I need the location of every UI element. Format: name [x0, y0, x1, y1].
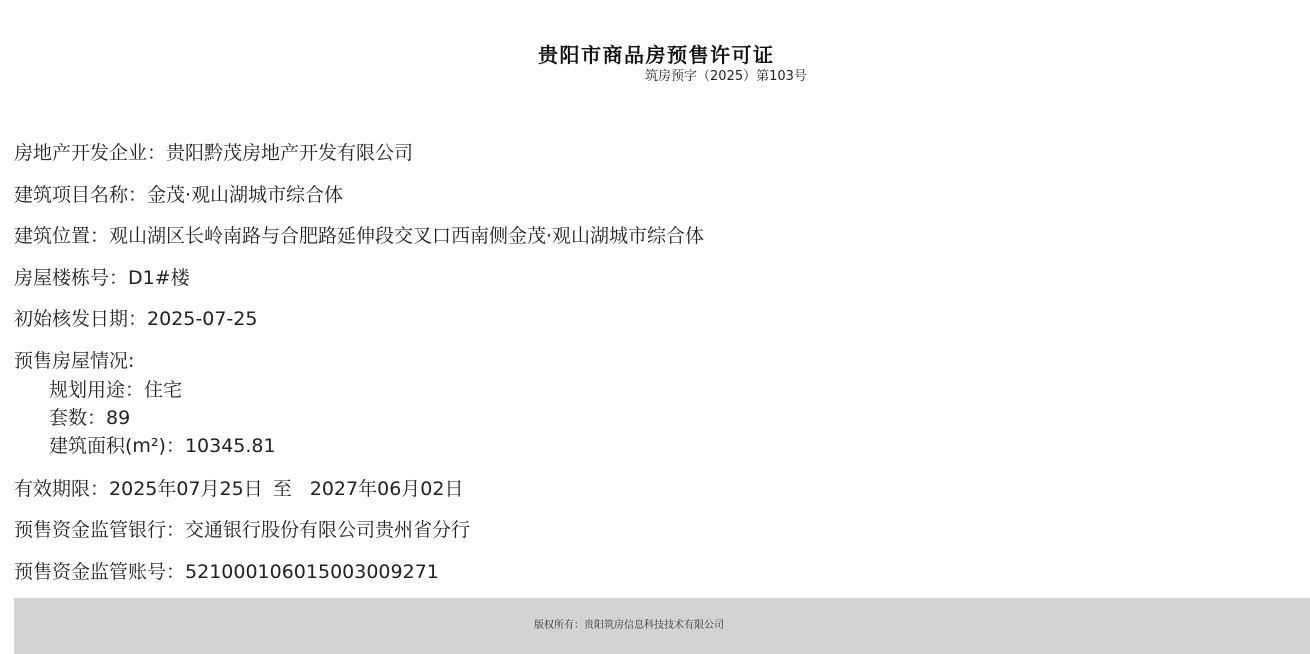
footer: 版权所有：贵阳筑房信息科技技术有限公司	[14, 598, 1310, 654]
field-building-no: 房屋楼栋号：D1#楼	[14, 263, 704, 293]
field-value: 10345.81	[185, 435, 276, 457]
certificate-details: 房地产开发企业：贵阳黔茂房地产开发有限公司 建筑项目名称：金茂·观山湖城市综合体…	[14, 138, 704, 598]
copyright-text: 版权所有：贵阳筑房信息科技技术有限公司	[534, 619, 724, 633]
field-area: 建筑面积(m²)：10345.81	[14, 432, 704, 460]
field-label: 预售资金监管账号：	[14, 561, 185, 583]
field-label: 房屋楼栋号：	[14, 267, 128, 289]
field-label: 有效期限：	[14, 478, 109, 500]
field-value: 2025-07-25	[147, 308, 257, 330]
field-label: 预售资金监管银行：	[14, 519, 185, 541]
field-account: 预售资金监管账号：521000106015003009271	[14, 557, 704, 587]
field-usage: 规划用途：住宅	[14, 376, 704, 404]
field-value: D1#楼	[128, 267, 190, 289]
field-label: 套数：	[49, 407, 106, 429]
field-value: 贵阳黔茂房地产开发有限公司	[166, 142, 413, 164]
field-presale-info: 预售房屋情况:	[14, 346, 704, 376]
validity-start: 2025年07月25日	[109, 478, 263, 500]
field-value: 金茂·观山湖城市综合体	[147, 184, 343, 206]
field-value: 观山湖区长岭南路与合肥路延伸段交叉口西南侧金茂·观山湖城市综合体	[109, 225, 704, 247]
field-developer: 房地产开发企业：贵阳黔茂房地产开发有限公司	[14, 138, 704, 168]
field-location: 建筑位置：观山湖区长岭南路与合肥路延伸段交叉口西南侧金茂·观山湖城市综合体	[14, 221, 704, 251]
field-value: 89	[106, 407, 130, 429]
field-value: 住宅	[144, 379, 182, 401]
field-project-name: 建筑项目名称：金茂·观山湖城市综合体	[14, 180, 704, 210]
field-label: 预售房屋情况:	[14, 350, 134, 372]
field-value: 521000106015003009271	[185, 561, 439, 583]
field-validity: 有效期限：2025年07月25日至2027年06月02日	[14, 474, 704, 504]
certificate-number: 筑房预字（2025）第103号	[645, 68, 807, 86]
field-label: 建筑位置：	[14, 225, 109, 247]
validity-end: 2027年06月02日	[310, 478, 464, 500]
field-label: 建筑项目名称：	[14, 184, 147, 206]
field-issue-date: 初始核发日期：2025-07-25	[14, 304, 704, 334]
field-units: 套数：89	[14, 404, 704, 432]
field-value: 交通银行股份有限公司贵州省分行	[185, 519, 470, 541]
field-label: 建筑面积(m²)：	[49, 435, 185, 457]
validity-separator: 至	[273, 478, 292, 500]
field-bank: 预售资金监管银行：交通银行股份有限公司贵州省分行	[14, 515, 704, 545]
page-title: 贵阳市商品房预售许可证	[538, 42, 775, 68]
field-label: 初始核发日期：	[14, 308, 147, 330]
field-label: 房地产开发企业：	[14, 142, 166, 164]
field-label: 规划用途：	[49, 379, 144, 401]
